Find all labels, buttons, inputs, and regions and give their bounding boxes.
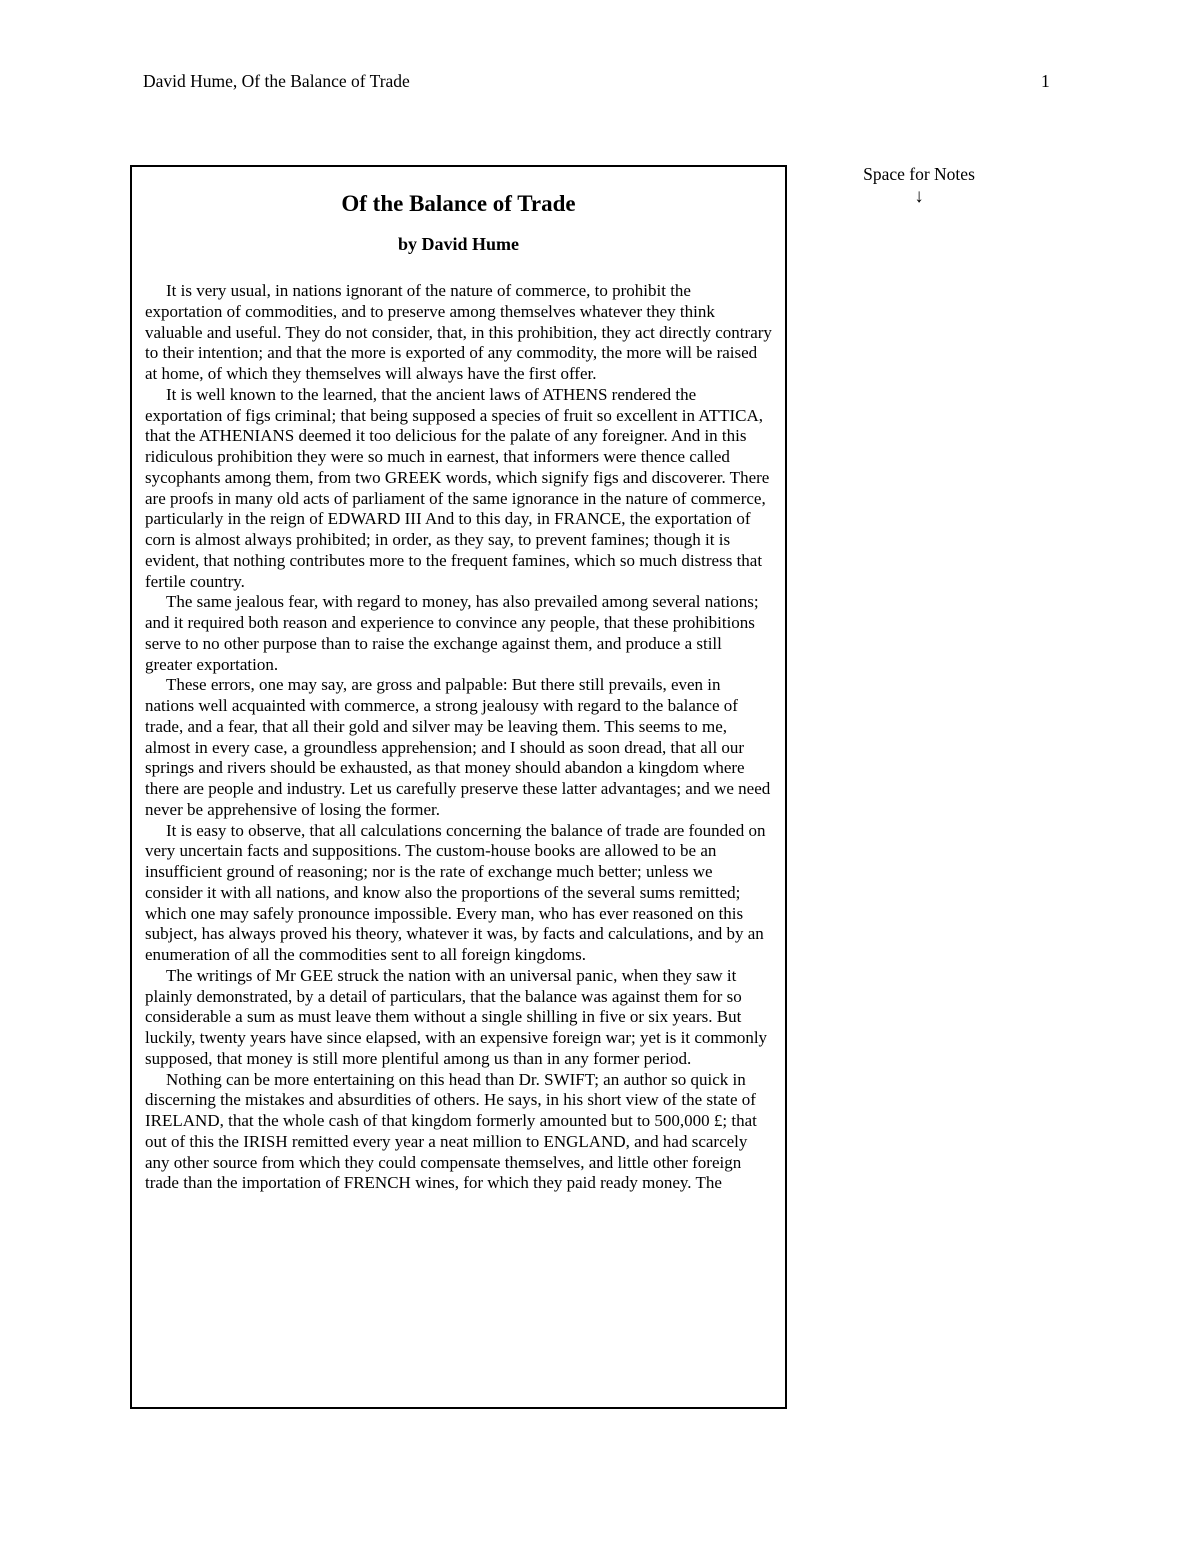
essay-paragraph: Nothing can be more entertaining on this… [145,1070,772,1195]
arrow-down-icon: ↓ [853,186,985,208]
essay-text-box: Of the Balance of Trade by David Hume It… [130,165,787,1409]
essay-byline: by David Hume [145,234,772,255]
essay-paragraph: It is very usual, in nations ignorant of… [145,281,772,385]
running-header: David Hume, Of the Balance of Trade [143,71,410,92]
notes-annotation: Space for Notes ↓ [853,164,985,208]
essay-body: It is very usual, in nations ignorant of… [145,281,772,1194]
page-number: 1 [1041,71,1050,92]
essay-paragraph: These errors, one may say, are gross and… [145,675,772,820]
essay-title: Of the Balance of Trade [145,190,772,217]
document-page: David Hume, Of the Balance of Trade 1 Sp… [0,0,1200,1553]
essay-paragraph: The writings of Mr GEE struck the nation… [145,966,772,1070]
notes-label: Space for Notes [853,164,985,185]
essay-paragraph: It is easy to observe, that all calculat… [145,821,772,966]
essay-paragraph: It is well known to the learned, that th… [145,385,772,593]
essay-paragraph: The same jealous fear, with regard to mo… [145,592,772,675]
